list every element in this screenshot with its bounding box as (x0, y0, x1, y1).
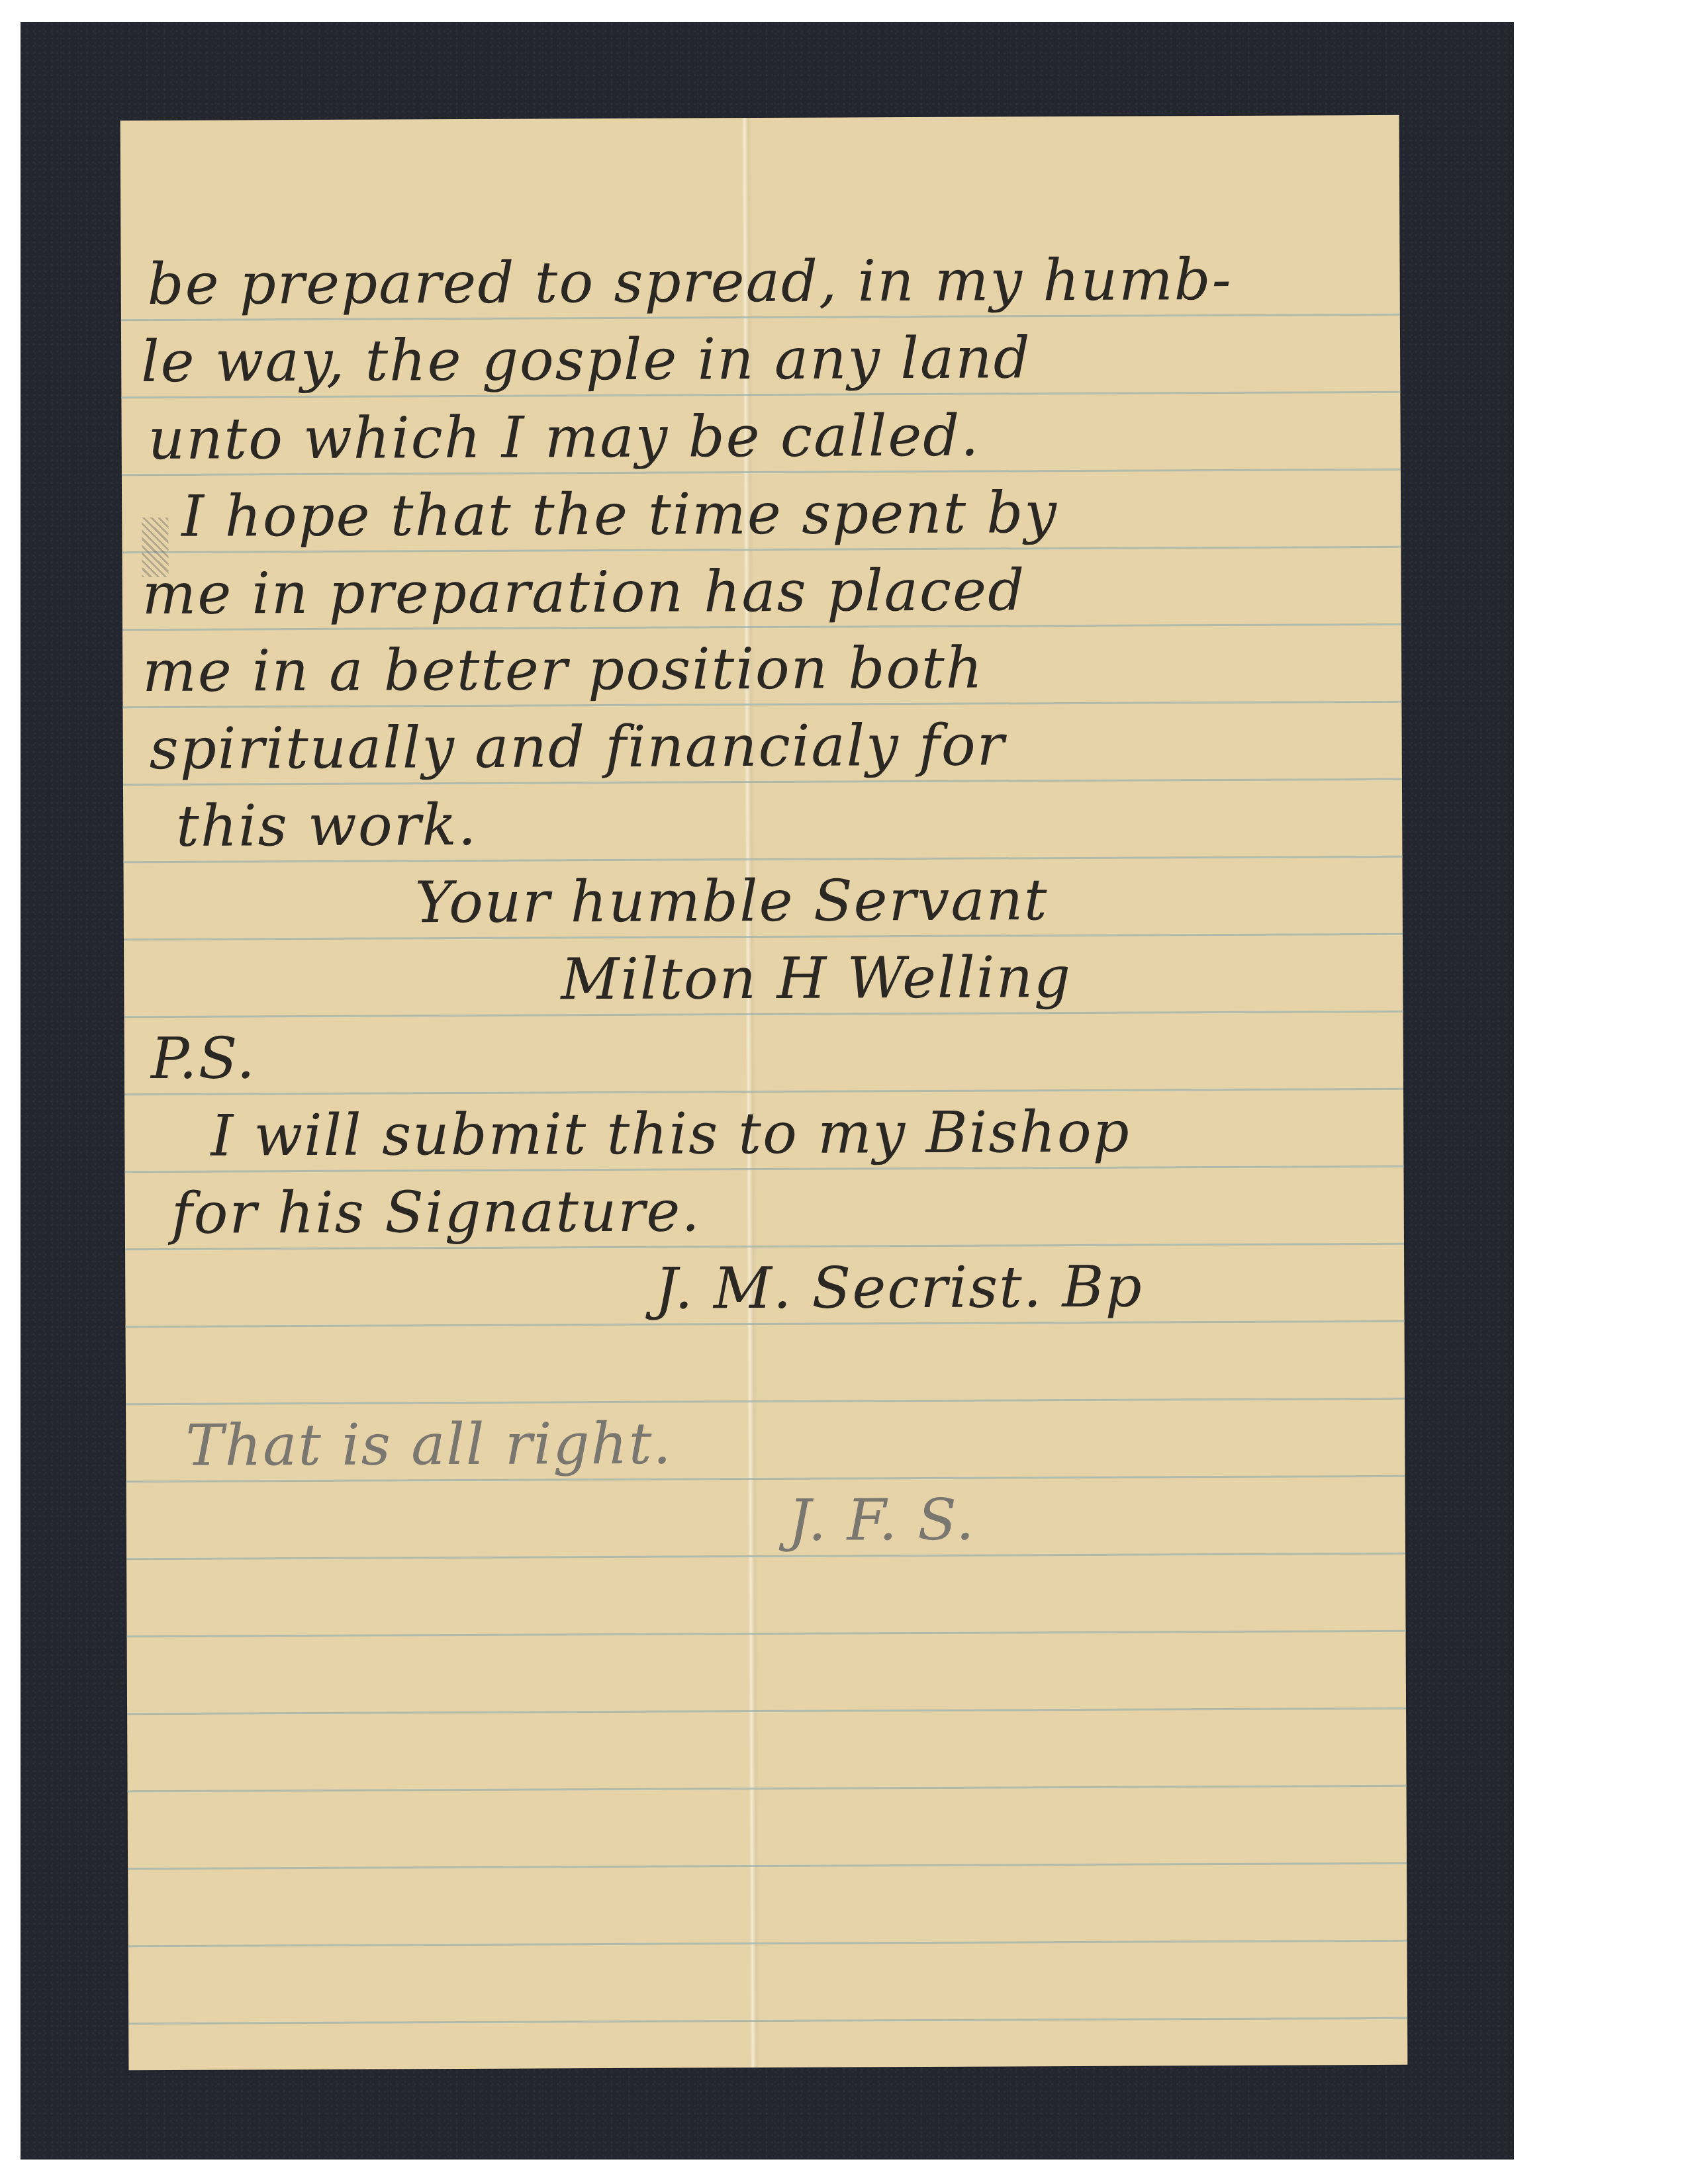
ruled-line (124, 1088, 1403, 1095)
pencil-initials: J. F. S. (788, 1487, 976, 1554)
ruled-line (126, 1398, 1405, 1405)
postscript-line: I will submit this to my Bishop (211, 1099, 1131, 1169)
body-line: this work. (176, 792, 477, 860)
body-line: unto which I may be called. (148, 403, 980, 473)
body-line: me in a better position both (142, 635, 984, 705)
pencil-note: That is all right. (185, 1411, 673, 1479)
ruled-line (128, 2017, 1407, 2025)
postscript-line: for his Signature. (171, 1178, 701, 1246)
postscript-label: P.S. (151, 1025, 256, 1092)
closing: Your humble Servant (415, 867, 1049, 936)
letter-page: be prepared to spread, in my humb- le wa… (120, 115, 1408, 2070)
signature: Milton H Welling (561, 944, 1072, 1013)
ruled-line (127, 1707, 1406, 1715)
ruled-line (128, 1785, 1407, 1792)
ruled-line (128, 1940, 1407, 1947)
ruled-line (127, 1630, 1406, 1637)
ruled-line (128, 1862, 1407, 1870)
body-line: be prepared to spread, in my humb- (147, 247, 1232, 318)
bishop-signature: J. M. Secrist. Bp (655, 1254, 1143, 1322)
ruled-line (126, 1553, 1405, 1560)
body-line: I hope that the time spent by (181, 480, 1058, 550)
body-line: spiritually and financialy for (150, 712, 1006, 782)
body-line: le way, the gosple in any land (141, 325, 1031, 395)
body-line: me in preparation has placed (142, 557, 1025, 627)
